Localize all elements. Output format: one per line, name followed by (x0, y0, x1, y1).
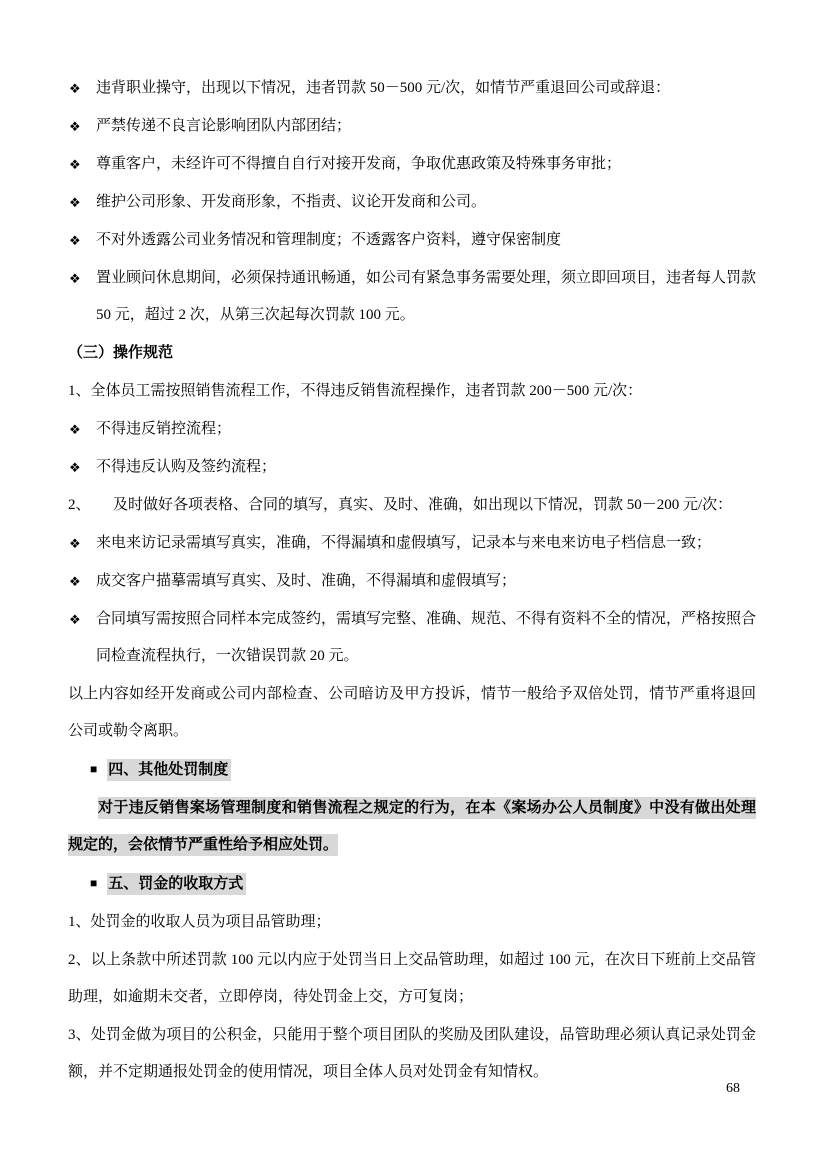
diamond-bullet-icon: ❖ (69, 525, 81, 562)
body-paragraph: 1、处罚金的收取人员为项目品管助理； (68, 904, 756, 941)
diamond-bullet-icon: ❖ (69, 260, 81, 297)
square-heading-text: 四、其他处罚制度 (107, 759, 231, 781)
bullet-item: ❖尊重客户，未经许可不得擅自自行对接开发商，争取优惠政策及特殊事务审批； (68, 146, 756, 183)
highlighted-paragraph-text: 对于违反销售案场管理制度和销售流程之规定的行为，在本《案场办公人员制度》中没有做… (68, 797, 756, 856)
body-paragraph: 2、 及时做好各项表格、合同的填写，真实、及时、准确，如出现以下情况，罚款 50… (68, 487, 756, 524)
body-paragraph: 1、全体员工需按照销售流程工作，不得违反销售流程操作，违者罚款 200－500 … (68, 373, 756, 410)
bullet-item: ❖不对外透露公司业务情况和管理制度；不透露客户资料，遵守保密制度 (68, 222, 756, 259)
document-content: ❖违背职业操守，出现以下情况，违者罚款 50－500 元/次，如情节严重退回公司… (68, 70, 756, 1092)
bullet-text: 合同填写需按照合同样本完成签约，需填写完整、准确、规范、不得有资料不全的情况，严… (96, 611, 756, 664)
body-paragraph: 2、以上条款中所述罚款 100 元以内应于处罚当日上交品管助理，如超过 100 … (68, 942, 756, 1016)
page-number: 68 (726, 1081, 740, 1097)
bullet-text: 维护公司形象、开发商形象，不指责、议论开发商和公司。 (96, 194, 486, 210)
section-heading: （三）操作规范 (68, 335, 756, 372)
bullet-item: ❖严禁传递不良言论影响团队内部团结； (68, 108, 756, 145)
diamond-bullet-icon: ❖ (69, 146, 81, 183)
square-bullet-icon: ■ (90, 876, 97, 890)
diamond-bullet-icon: ❖ (69, 601, 81, 638)
square-heading-text: 五、罚金的收取方式 (107, 873, 246, 895)
bullet-text: 成交客户描摹需填写真实、及时、准确，不得漏填和虚假填写； (96, 573, 516, 589)
bullet-text: 来电来访记录需填写真实，准确，不得漏填和虚假填写，记录本与来电来访电子档信息一致… (96, 535, 711, 551)
diamond-bullet-icon: ❖ (69, 449, 81, 486)
bullet-text: 不得违反认购及签约流程； (96, 459, 276, 475)
bullet-item: ❖来电来访记录需填写真实，准确，不得漏填和虚假填写，记录本与来电来访电子档信息一… (68, 525, 756, 562)
bullet-item: ❖置业顾问休息期间，必须保持通讯畅通，如公司有紧急事务需要处理，须立即回项目，违… (68, 260, 756, 334)
diamond-bullet-icon: ❖ (69, 184, 81, 221)
diamond-bullet-icon: ❖ (69, 411, 81, 448)
bullet-item: ❖成交客户描摹需填写真实、及时、准确，不得漏填和虚假填写； (68, 563, 756, 600)
diamond-bullet-icon: ❖ (69, 108, 81, 145)
bullet-item: ❖不得违反认购及签约流程； (68, 449, 756, 486)
diamond-bullet-icon: ❖ (69, 563, 81, 600)
square-bullet-icon: ■ (90, 762, 97, 776)
body-paragraph: 3、处罚金做为项目的公积金，只能用于整个项目团队的奖励及团队建设，品管助理必须认… (68, 1017, 756, 1091)
bullet-item: ❖不得违反销控流程； (68, 411, 756, 448)
bullet-item: ❖违背职业操守，出现以下情况，违者罚款 50－500 元/次，如情节严重退回公司… (68, 70, 756, 107)
bullet-text: 严禁传递不良言论影响团队内部团结； (96, 118, 351, 134)
document-page: ❖违背职业操守，出现以下情况，违者罚款 50－500 元/次，如情节严重退回公司… (0, 0, 820, 1159)
body-paragraph: 以上内容如经开发商或公司内部检查、公司暗访及甲方投诉，情节一般给予双倍处罚，情节… (68, 676, 756, 750)
square-heading: ■五、罚金的收取方式 (68, 865, 756, 903)
bullet-text: 置业顾问休息期间，必须保持通讯畅通，如公司有紧急事务需要处理，须立即回项目，违者… (96, 270, 756, 323)
bullet-text: 尊重客户，未经许可不得擅自自行对接开发商，争取优惠政策及特殊事务审批； (96, 156, 621, 172)
highlighted-paragraph: 对于违反销售案场管理制度和销售流程之规定的行为，在本《案场办公人员制度》中没有做… (68, 790, 756, 864)
square-heading: ■四、其他处罚制度 (68, 751, 756, 789)
bullet-text: 不对外透露公司业务情况和管理制度；不透露客户资料，遵守保密制度 (96, 232, 561, 248)
bullet-text: 不得违反销控流程； (96, 421, 231, 437)
bullet-item: ❖合同填写需按照合同样本完成签约，需填写完整、准确、规范、不得有资料不全的情况，… (68, 601, 756, 675)
bullet-item: ❖维护公司形象、开发商形象，不指责、议论开发商和公司。 (68, 184, 756, 221)
bullet-text: 违背职业操守，出现以下情况，违者罚款 50－500 元/次，如情节严重退回公司或… (96, 80, 670, 96)
diamond-bullet-icon: ❖ (69, 70, 81, 107)
diamond-bullet-icon: ❖ (69, 222, 81, 259)
